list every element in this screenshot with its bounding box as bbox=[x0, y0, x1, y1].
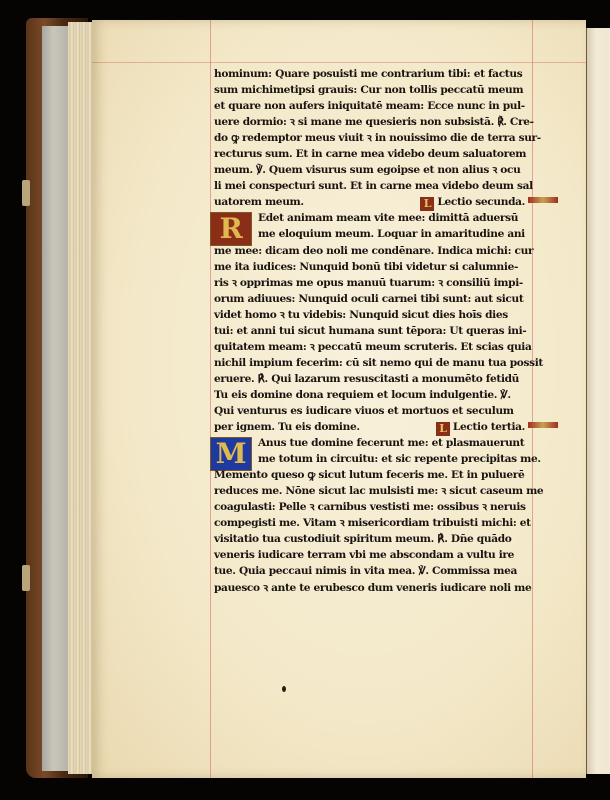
text-line: pauesco ꝛ ante te erubesco dum veneris i… bbox=[214, 580, 544, 596]
text-line: recturus sum. Et in carne mea videbo deu… bbox=[214, 146, 544, 162]
text-line: videt homo ꝛ tu videbis: Nunquid sicut d… bbox=[214, 307, 544, 323]
text-line: Qui venturus es iudicare viuos et mortuo… bbox=[214, 403, 544, 419]
lectio-tertia-block: M Anus tue domine fecerunt me: et plasma… bbox=[214, 435, 544, 467]
line-filler bbox=[528, 422, 558, 428]
text-line: uere dormio: ꝛ si mane me quesieris non … bbox=[214, 114, 544, 130]
text-line: meum. ℣. Quem visurus sum egoipse et non… bbox=[214, 162, 544, 178]
text-line: do ꝙ redemptor meus viuit ꝛ in nouissimo… bbox=[214, 130, 544, 146]
text-line: et quare non aufers iniquitatē meam: Ecc… bbox=[214, 98, 544, 114]
text-line: quitatem meam: ꝛ peccatū meum scruteris.… bbox=[214, 339, 544, 355]
text-line: li mei conspecturi sunt. Et in carne mea… bbox=[214, 178, 544, 194]
text-line: veneris iudicare terram vbi me abscondam… bbox=[214, 547, 544, 563]
text-line: uatorem meum. bbox=[214, 196, 304, 208]
text-line: tui: et anni tui sicut humana sunt tēpor… bbox=[214, 323, 544, 339]
text-line: nichil impium fecerim: cū sit nemo qui d… bbox=[214, 355, 544, 371]
text-line: tue. Quia peccaui nimis in vita mea. ℣. … bbox=[214, 563, 544, 579]
text-line: eruere. ℟. Qui lazarum resuscitasti a mo… bbox=[214, 371, 544, 387]
text-line: Tu eis domine dona requiem et locum indu… bbox=[214, 387, 544, 403]
line-filler bbox=[528, 197, 558, 203]
clasp-top bbox=[22, 180, 30, 206]
text-line: Memento queso ꝙ sicut lutum feceris me. … bbox=[214, 467, 544, 483]
clasp-bottom bbox=[22, 565, 30, 591]
rubric-initial: L bbox=[420, 197, 434, 211]
text-line: me mee: dicam deo noli me condēnare. Ind… bbox=[214, 243, 544, 259]
facing-page bbox=[586, 28, 610, 774]
text-block: hominum: Quare posuisti me contrarium ti… bbox=[214, 66, 544, 596]
lectio-tertia-heading: Lectio tertia. bbox=[453, 421, 525, 433]
text-line: me totum in circuitu: et sic repente pre… bbox=[214, 451, 544, 467]
text-line: ris ꝛ opprimas me opus manuū tuarum: ꝛ c… bbox=[214, 275, 544, 291]
text-line: per ignem. Tu eis domine. bbox=[214, 421, 360, 433]
ink-blot bbox=[282, 686, 286, 692]
rubric-initial: L bbox=[436, 422, 450, 436]
text-line: orum adiuues: Nunquid oculi carnei tibi … bbox=[214, 291, 544, 307]
text-line: Edet animam meam vite mee: dimittā aduer… bbox=[214, 210, 544, 226]
text-line: me eloquium meum. Loquar in amaritudine … bbox=[214, 226, 544, 242]
text-line: hominum: Quare posuisti me contrarium ti… bbox=[214, 66, 544, 82]
lectio-secunda-block: R Edet animam meam vite mee: dimittā adu… bbox=[214, 210, 544, 242]
text-line: compegisti me. Vitam ꝛ misericordiam tri… bbox=[214, 515, 544, 531]
text-line: visitatio tua custodiuit spiritum meum. … bbox=[214, 531, 544, 547]
ruling-left bbox=[210, 20, 211, 778]
text-line: reduces me. Nōne sicut lac mulsisti me: … bbox=[214, 483, 544, 499]
text-line: Anus tue domine fecerunt me: et plasmaue… bbox=[214, 435, 544, 451]
text-line: coagulasti: Pelle ꝛ carnibus vestisti me… bbox=[214, 499, 544, 515]
lectio-secunda-heading: Lectio secunda. bbox=[437, 196, 525, 208]
pastedown bbox=[42, 26, 70, 771]
text-line: me ita iudices: Nunquid bonū tibi videtu… bbox=[214, 259, 544, 275]
ruling-top bbox=[92, 62, 586, 63]
text-line: sum michimetipsi grauis: Cur non tollis … bbox=[214, 82, 544, 98]
lectio-secunda-heading-line: uatorem meum. LLectio secunda. bbox=[214, 194, 544, 210]
lectio-tertia-heading-line: per ignem. Tu eis domine. LLectio tertia… bbox=[214, 419, 544, 435]
